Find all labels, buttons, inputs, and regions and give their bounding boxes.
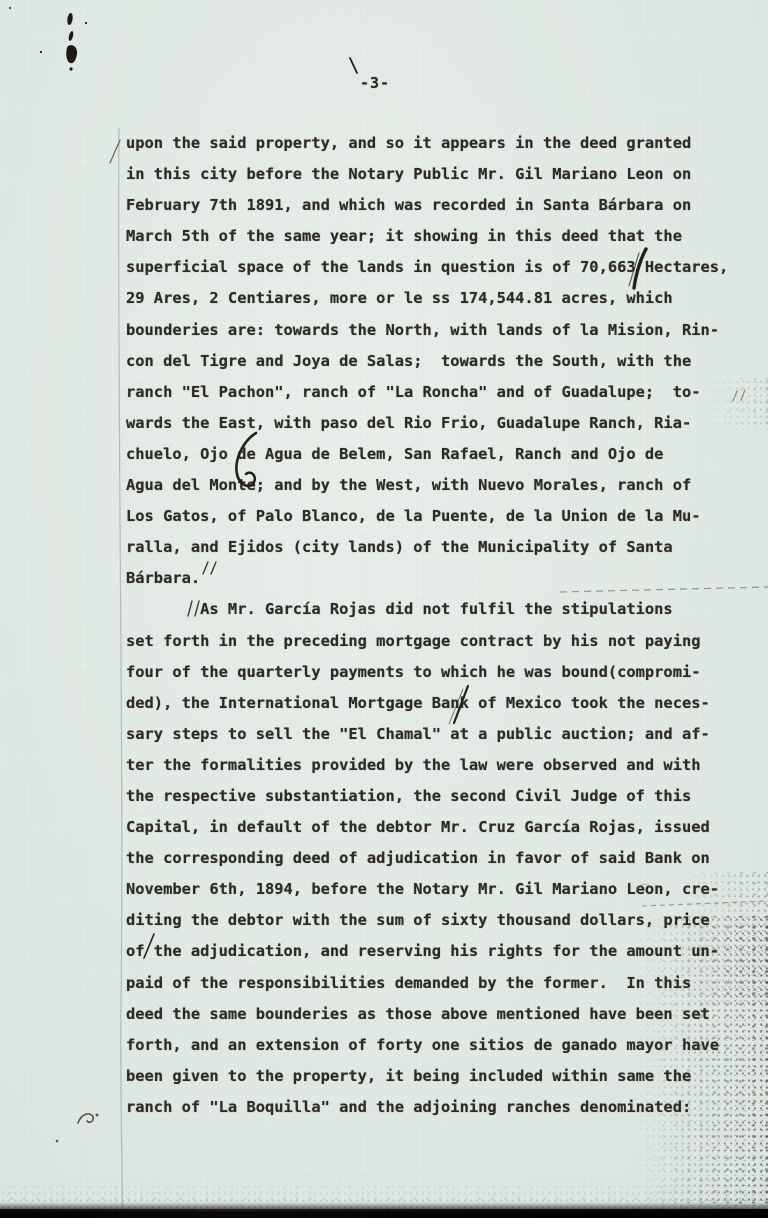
scanner-noise-bottom-right [638,916,768,1206]
text-line: upon the said property, and so it appear… [126,128,726,159]
text-line: wards the East, with paso del Rio Frio, … [126,408,726,439]
text-line: forth, and an extension of forty one sit… [126,1030,726,1061]
text-block: upon the said property, and so it appear… [126,128,726,1123]
document-page: -3- upon the said property, and so it ap… [0,0,768,1218]
text-line: in this city before the Notary Public Mr… [126,159,726,190]
text-line: chuelo, Ojo de Agua de Belem, San Rafael… [126,439,726,470]
text-line: March 5th of the same year; it showing i… [126,221,726,252]
text-line: As Mr. García Rojas did not fulfil the s… [126,594,726,625]
text-line: 29 Ares, 2 Centiares, more or le ss 174,… [126,283,726,314]
text-line: February 7th 1891, and which was recorde… [126,190,726,221]
text-line: sary steps to sell the "El Chamal" at a … [126,719,726,750]
text-line: Los Gatos, of Palo Blanco, de la Puente,… [126,501,726,532]
text-line: ranch of "La Boquilla" and the adjoining… [126,1092,726,1123]
text-line: ranch "El Pachon", ranch of "La Roncha" … [126,377,726,408]
text-line: deed the same bounderies as those above … [126,999,726,1030]
text-line: Agua del Monte; and by the West, with Nu… [126,470,726,501]
text-line: superficial space of the lands in questi… [126,252,726,283]
text-line: the respective substantiation, the secon… [126,781,726,812]
scan-band-bottom [0,1202,768,1218]
text-line: ded), the International Mortgage Bank of… [126,688,726,719]
text-line: diting the debtor with the sum of sixty … [126,905,726,936]
text-line: ter the formalities provided by the law … [126,750,726,781]
text-line: November 6th, 1894, before the Notary Mr… [126,874,726,905]
text-line: paid of the responsibilities demanded by… [126,968,726,999]
text-line: four of the quarterly payments to which … [126,657,726,688]
text-line: of the adjudication, and reserving his r… [126,936,726,967]
text-line: set forth in the preceding mortgage cont… [126,626,726,657]
page-number: -3- [360,74,390,92]
scanner-noise-patch [704,378,768,430]
text-line: been given to the property, it being inc… [126,1061,726,1092]
text-line: Capital, in default of the debtor Mr. Cr… [126,812,726,843]
text-line: Bárbara. [126,563,726,594]
text-line: con del Tigre and Joya de Salas; towards… [126,346,726,377]
text-line: bounderies are: towards the North, with … [126,315,726,346]
scan-band-shade [0,1209,768,1218]
text-line: the corresponding deed of adjudication i… [126,843,726,874]
text-line: ralla, and Ejidos (city lands) of the Mu… [126,532,726,563]
